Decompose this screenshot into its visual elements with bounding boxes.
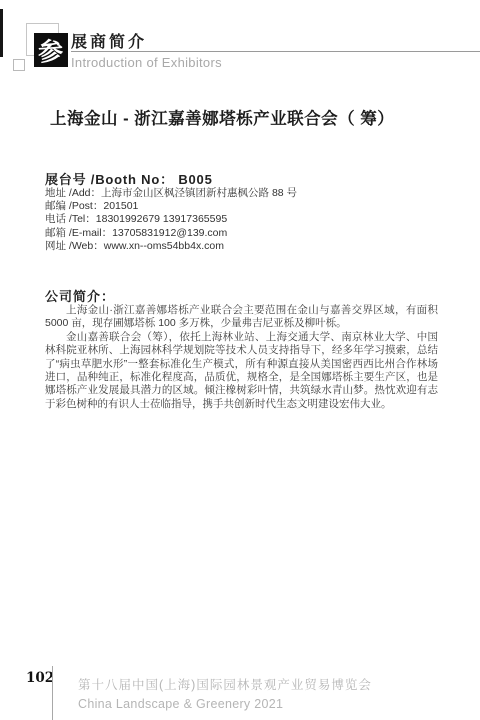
company-profile-text: 上海金山·浙江嘉善娜塔栎产业联合会主要范围在金山与嘉善交界区域，有面积 5000… [45,304,438,411]
contact-label: 网址 /Web： [45,240,104,252]
profile-paragraph: 金山嘉善联合会（筹），依托上海林业站、上海交通大学、南京林业大学、中国林科院亚林… [45,331,438,411]
contact-row-tel: 电话 /Tel：18301992679 13917365595 [45,213,297,226]
contact-label: 电话 /Tel： [45,213,96,225]
page-edge-index-mark [0,9,3,57]
contact-value: 201501 [103,200,138,212]
contact-row-email: 邮箱 /E-mail：13705831912@139.com [45,227,297,240]
contact-value: 13705831912@139.com [112,227,227,239]
company-profile-heading: 公司简介： [45,286,115,305]
footer-divider [52,666,53,720]
booth-number: 展台号 /Booth No： B005 [45,169,213,188]
section-title-zh: 展商简介 [71,29,147,52]
contact-label: 地址 /Add： [45,187,101,199]
exhibitor-name: 上海金山 - 浙江嘉善娜塔栎产业联合会（ 筹） [50,105,450,129]
contact-row-address: 地址 /Add：上海市金山区枫泾镇团新村惠枫公路 88 号 [45,187,297,200]
section-glyph: 参 [38,31,64,69]
contact-label: 邮箱 /E-mail： [45,227,112,239]
contact-value: 上海市金山区枫泾镇团新村惠枫公路 88 号 [101,187,297,199]
profile-paragraph: 上海金山·浙江嘉善娜塔栎产业联合会主要范围在金山与嘉善交界区域，有面积 5000… [45,304,438,331]
contact-value: 18301992679 13917365595 [96,213,227,225]
contact-row-web: 网址 /Web：www.xn--oms54bb4x.com [45,240,297,253]
footer-event-en: China Landscape & Greenery 2021 [78,697,372,711]
contact-info: 地址 /Add：上海市金山区枫泾镇团新村惠枫公路 88 号 邮编 /Post：2… [45,187,297,253]
section-title-en: Introduction of Exhibitors [71,55,222,70]
contact-label: 邮编 /Post： [45,200,103,212]
page-number: 102 [26,670,54,686]
section-number-badge: 参 [34,33,68,67]
catalog-page: 参 展商简介 Introduction of Exhibitors 上海金山 -… [0,0,480,720]
footer-event-zh: 第十八届中国(上海)国际园林景观产业贸易博览会 [78,675,372,693]
contact-row-post: 邮编 /Post：201501 [45,200,297,213]
contact-value: www.xn--oms54bb4x.com [104,240,224,252]
footer-event-title: 第十八届中国(上海)国际园林景观产业贸易博览会 China Landscape … [78,675,372,711]
header-divider [71,51,480,52]
decorative-square-small [13,59,25,71]
